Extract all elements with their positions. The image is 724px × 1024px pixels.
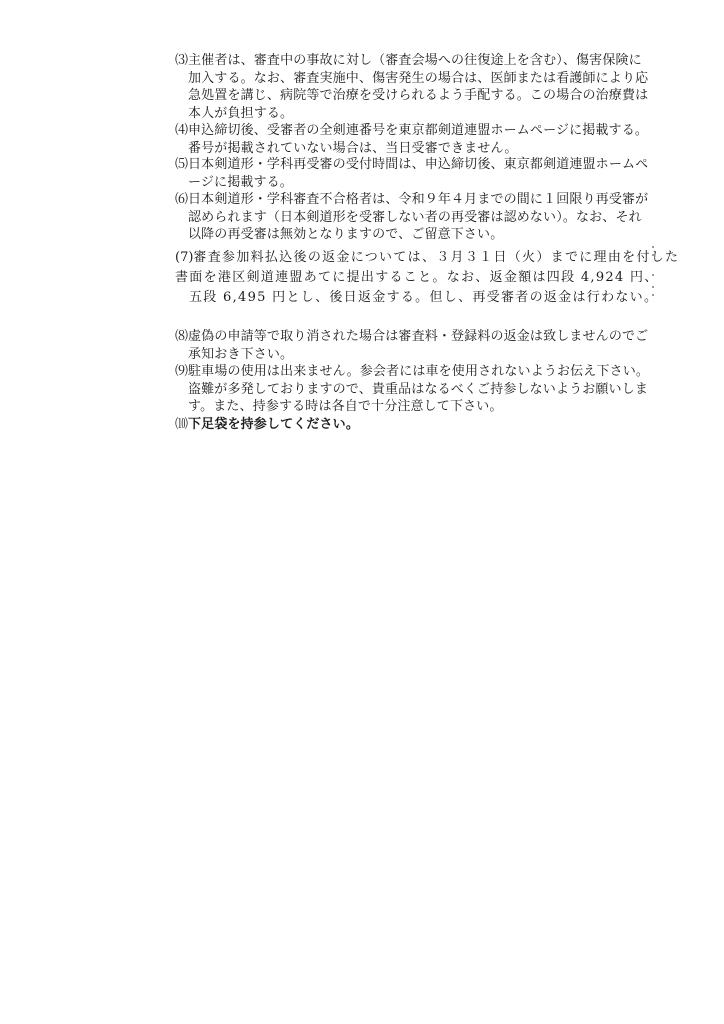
notice-item-3-line-3: 急処置を講じ、病院等で治療を受けられるよう手配する。この場合の治療費は — [175, 87, 695, 105]
notice-item-3-line-1: ⑶主催者は、審査中の事故に対し（審査会場への往復途上を含む）、傷害保険に — [175, 52, 695, 70]
notice-item-9-line-3: す。また、持参する時は各自で十分注意して下さい。 — [175, 398, 695, 416]
notice-item-6-line-1: ⑹日本剣道形・学科審査不合格者は、令和９年４月までの間に１回限り再受審が — [175, 191, 695, 209]
notice-item-7-line-2: 書面を港区剣道連盟あてに提出すること。なお、返金額は四段 4,924 円、 — [175, 268, 695, 288]
item-number: (7) — [175, 250, 193, 265]
item-number: ⑼ — [175, 364, 188, 379]
item-number: ⑻ — [175, 329, 188, 344]
notice-item-8-line-2: 承知おき下さい。 — [175, 346, 695, 364]
notice-item-8: ⑻虚偽の申請等で取り消された場合は審査料・登録料の返金は致しませんのでご 承知お… — [175, 328, 695, 363]
notice-item-7: (7)審査参加料払込後の返金については、３月３１日（火）までに理由を付した 書面… — [175, 248, 695, 308]
item-number: ⑸ — [175, 157, 188, 172]
notice-item-6-line-3: 以降の再受審は無効となりますので、ご留意下さい。 — [175, 226, 695, 244]
margin-scan-marks — [652, 244, 660, 304]
notice-item-3-line-2: 加入する。なお、審査実施中、傷害発生の場合は、医師または看護師により応 — [175, 70, 695, 88]
document-page: ⑶主催者は、審査中の事故に対し（審査会場への往復途上を含む）、傷害保険に 加入す… — [0, 0, 724, 1024]
notice-item-6: ⑹日本剣道形・学科審査不合格者は、令和９年４月までの間に１回限り再受審が 認めら… — [175, 191, 695, 244]
notice-item-8-line-1: ⑻虚偽の申請等で取り消された場合は審査料・登録料の返金は致しませんのでご — [175, 328, 695, 346]
notice-item-7-line-3: 五段 6,495 円とし、後日返金する。但し、再受審者の返金は行わない。 — [175, 288, 695, 308]
notice-item-5: ⑸日本剣道形・学科再受審の受付時間は、申込締切後、東京都剣道連盟ホームペ ージに… — [175, 156, 695, 191]
notice-item-6-line-2: 認められます（日本剣道形を受審しない者の再受審は認めない）。なお、それ — [175, 209, 695, 227]
notice-item-9-line-1: ⑼駐車場の使用は出来ません。参会者には車を使用されないようお伝え下さい。 — [175, 363, 695, 381]
notice-item-9: ⑼駐車場の使用は出来ません。参会者には車を使用されないようお伝え下さい。 盗難が… — [175, 363, 695, 416]
notice-item-7-line-1: (7)審査参加料払込後の返金については、３月３１日（火）までに理由を付した — [175, 248, 695, 268]
notice-item-9-line-2: 盗難が多発しておりますので、貴重品はなるべくご持参しないようお願いしま — [175, 381, 695, 399]
item-number: ⑹ — [175, 192, 188, 207]
notice-item-10-line-1: ⑽下足袋を持参してください。 — [175, 416, 695, 434]
notice-item-3: ⑶主催者は、審査中の事故に対し（審査会場への往復途上を含む）、傷害保険に 加入す… — [175, 52, 695, 122]
item-number: ⑶ — [175, 53, 188, 68]
notice-item-5-line-1: ⑸日本剣道形・学科再受審の受付時間は、申込締切後、東京都剣道連盟ホームペ — [175, 156, 695, 174]
notice-item-4-line-1: ⑷申込締切後、受審者の全剣連番号を東京都剣道連盟ホームページに掲載する。 — [175, 122, 695, 140]
notice-item-4-line-2: 番号が掲載されていない場合は、当日受審できません。 — [175, 140, 695, 158]
item-number: ⑽ — [175, 417, 188, 432]
notice-item-4: ⑷申込締切後、受審者の全剣連番号を東京都剣道連盟ホームページに掲載する。 番号が… — [175, 122, 695, 157]
notice-item-10: ⑽下足袋を持参してください。 — [175, 416, 695, 434]
notice-item-5-line-2: ージに掲載する。 — [175, 174, 695, 192]
notice-item-3-line-4: 本人が負担する。 — [175, 105, 695, 123]
item-number: ⑷ — [175, 123, 188, 138]
